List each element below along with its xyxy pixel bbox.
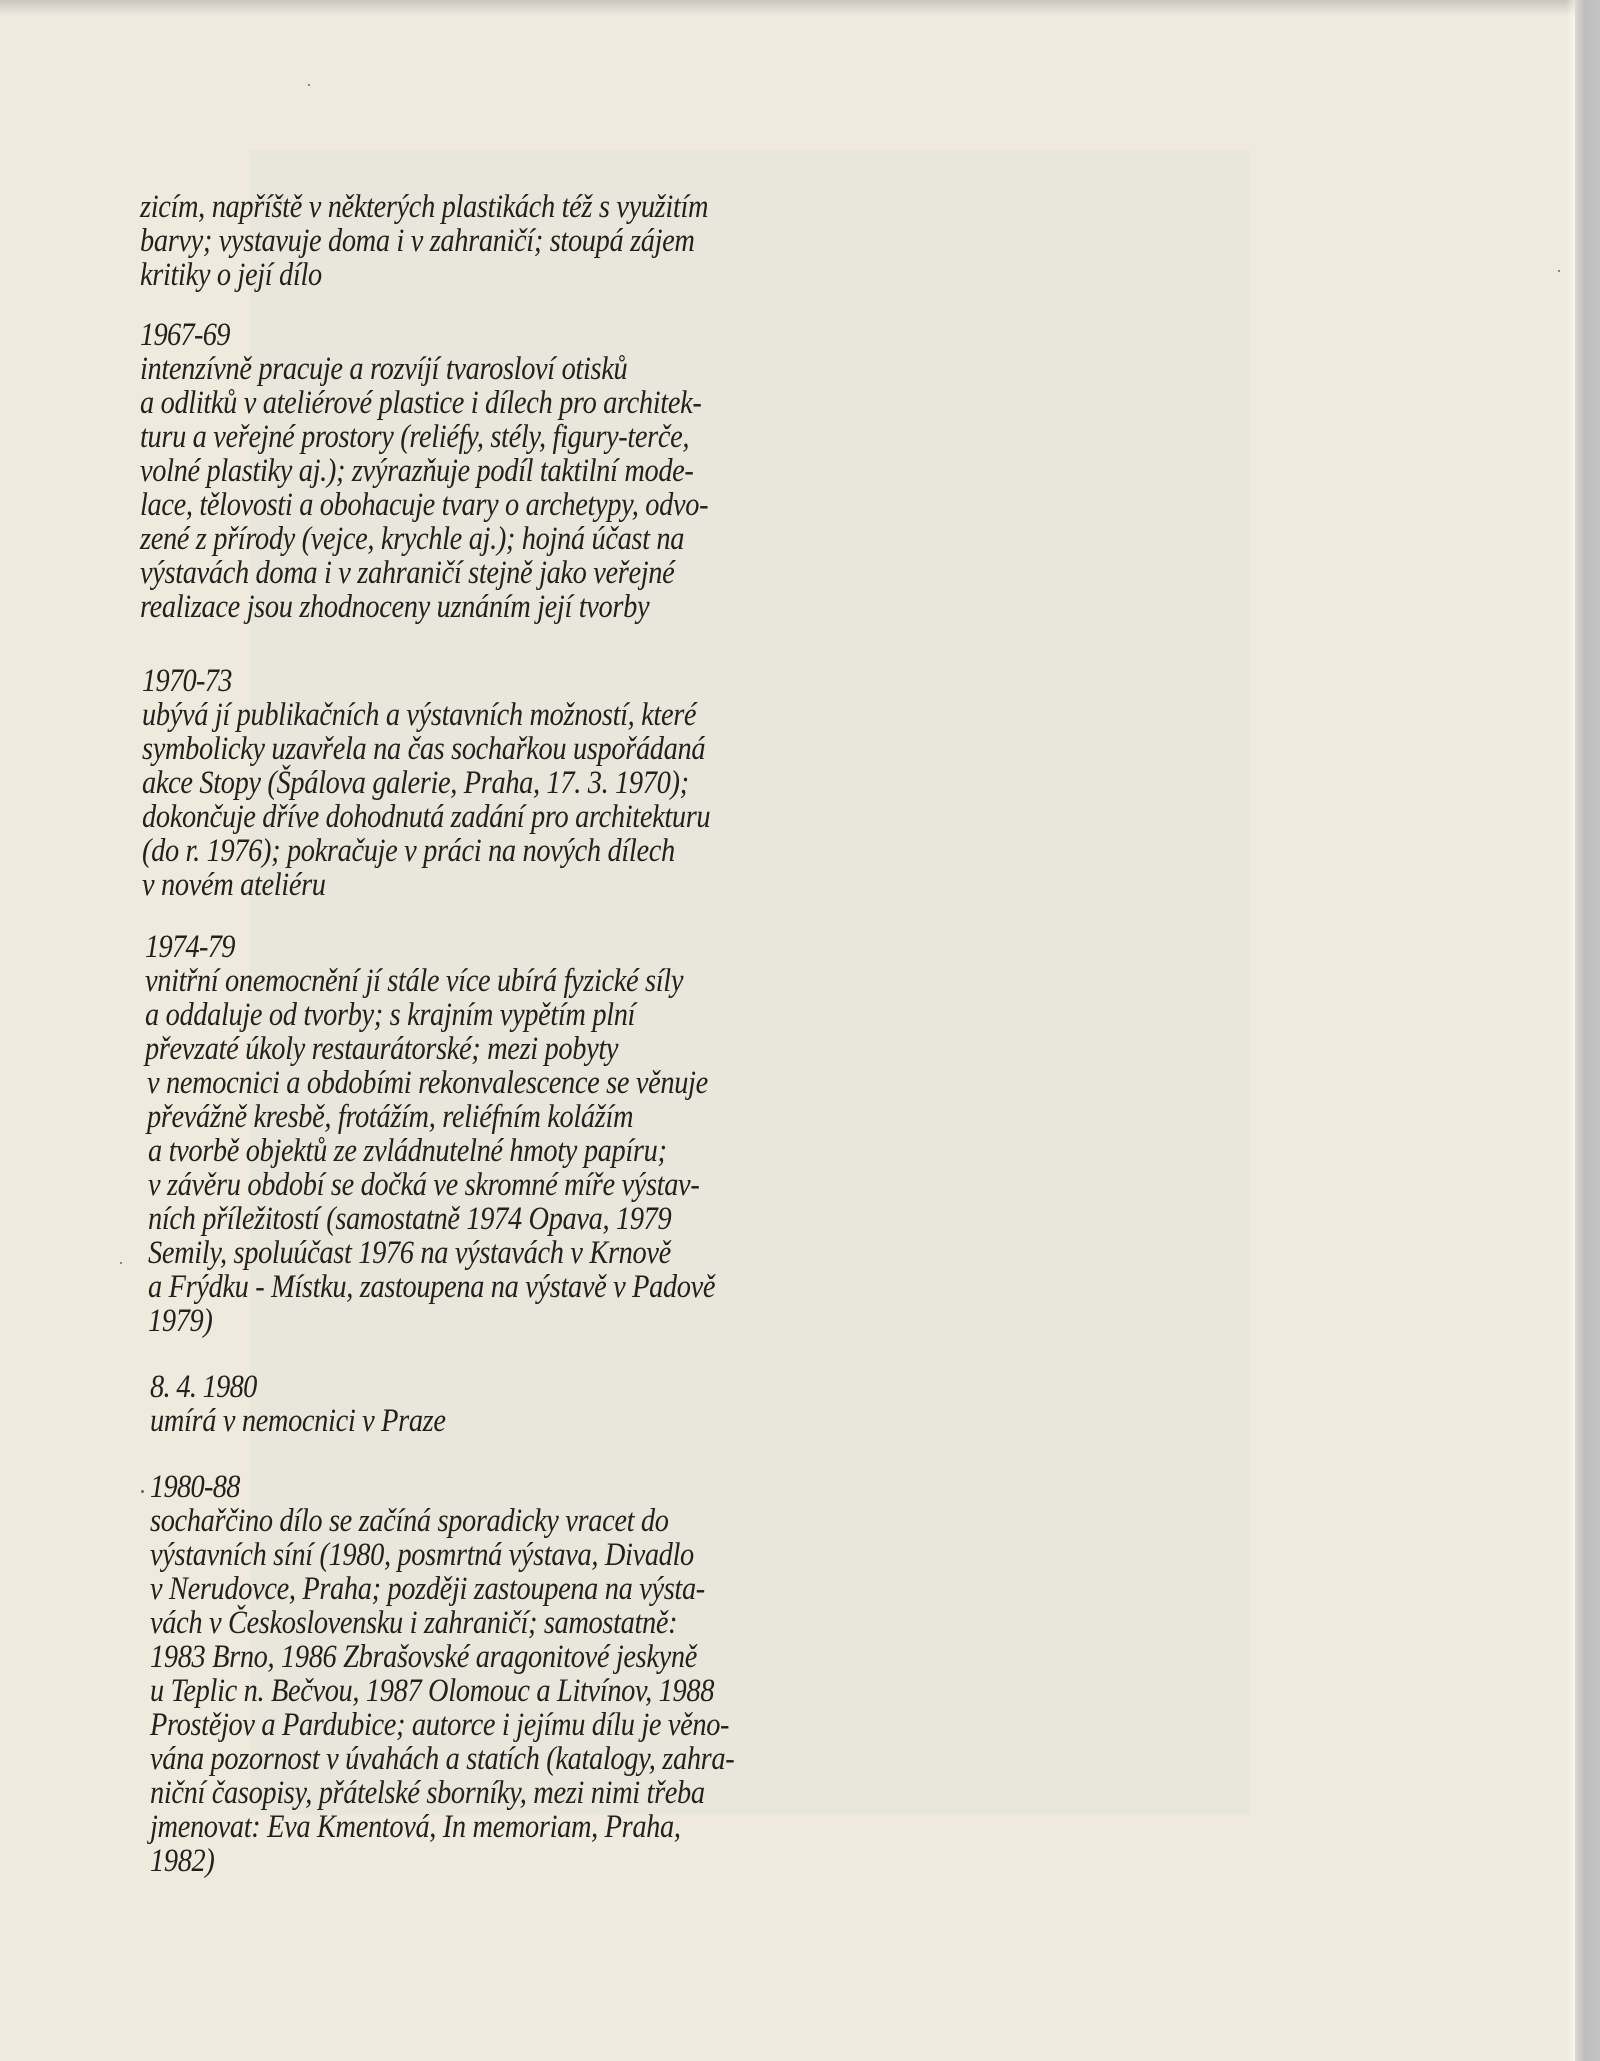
entry-date: 1980-88 (150, 1470, 240, 1504)
text-line: kritiky o její dílo (140, 258, 322, 292)
page-content: zicím, napříště v některých plastikách t… (0, 0, 1600, 2061)
text-line: akce Stopy (Špálova galerie, Praha, 17. … (142, 766, 689, 800)
text-line: ních příležitostí (samostatně 1974 Opava… (148, 1202, 671, 1236)
text-line: (do r. 1976); pokračuje v práci na novýc… (142, 834, 675, 868)
text-line: a tvorbě objektů ze zvládnutelné hmoty p… (148, 1134, 667, 1168)
text-line: symbolicky uzavřela na čas sochařkou usp… (142, 732, 705, 766)
text-line: převážně kresbě, frotážím, reliéfním kol… (147, 1100, 633, 1134)
scan-speck (308, 84, 310, 86)
entry-date: 1967-69 (140, 318, 230, 352)
bullet-dot (141, 1490, 144, 1493)
text-line: realizace jsou zhodnoceny uznáním její t… (140, 590, 649, 624)
scan-speck (120, 1262, 122, 1264)
text-line: jmenovat: Eva Kmentová, In memoriam, Pra… (150, 1810, 681, 1844)
text-line: vách v Československu i zahraničí; samos… (150, 1606, 677, 1640)
text-line: ubývá jí publikačních a výstavních možno… (142, 698, 696, 732)
text-line: a Frýdku - Místku, zastoupena na výstavě… (148, 1270, 715, 1304)
text-line: zené z přírody (vejce, krychle aj.); hoj… (140, 522, 684, 556)
text-line: 1979) (148, 1304, 213, 1338)
text-line: niční časopisy, přátelské sborníky, mezi… (150, 1776, 705, 1810)
entry-date: 1970-73 (142, 664, 232, 698)
text-line: lace, tělovosti a obohacuje tvary o arch… (140, 488, 708, 522)
entry-date: 1974-79 (145, 930, 235, 964)
text-line: výstavních síní (1980, posmrtná výstava,… (150, 1538, 694, 1572)
text-line: sochařčino dílo se začíná sporadicky vra… (150, 1504, 669, 1538)
text-line: Prostějov a Pardubice; autorce i jejímu … (150, 1708, 729, 1742)
text-line: umírá v nemocnici v Praze (150, 1404, 446, 1438)
text-line: v novém ateliéru (142, 868, 326, 902)
text-line: vnitřní onemocnění jí stále více ubírá f… (145, 964, 683, 998)
text-line: v nemocnici a obdobími rekonvalescence s… (147, 1066, 708, 1100)
text-line: volné plastiky aj.); zvýrazňuje podíl ta… (140, 454, 694, 488)
scan-speck (1558, 270, 1560, 272)
text-line: a oddaluje od tvorby; s krajním vypětím … (145, 998, 635, 1032)
text-line: barvy; vystavuje doma i v zahraničí; sto… (140, 224, 695, 258)
text-line: intenzívně pracuje a rozvíjí tvarosloví … (140, 352, 627, 386)
text-line: Semily, spoluúčast 1976 na výstavách v K… (148, 1236, 671, 1270)
text-line: a odlitků v ateliérové plastice i dílech… (140, 386, 701, 420)
text-line: u Teplic n. Bečvou, 1987 Olomouc a Litví… (150, 1674, 714, 1708)
text-line: v závěru období se dočká ve skromné míře… (148, 1168, 699, 1202)
text-line: vána pozornost v úvahách a statích (kata… (150, 1742, 734, 1776)
text-line: v Nerudovce, Praha; později zastoupena n… (150, 1572, 705, 1606)
text-line: převzaté úkoly restaurátorské; mezi poby… (145, 1032, 618, 1066)
text-line: zicím, napříště v některých plastikách t… (140, 190, 708, 224)
text-line: turu a veřejné prostory (reliéfy, stély,… (140, 420, 689, 454)
text-line: 1983 Brno, 1986 Zbrašovské aragonitové j… (150, 1640, 697, 1674)
entry-date: 8. 4. 1980 (150, 1370, 257, 1404)
text-line: 1982) (150, 1844, 215, 1878)
text-line: dokončuje dříve dohodnutá zadání pro arc… (142, 800, 710, 834)
text-line: výstavách doma i v zahraničí stejně jako… (140, 556, 674, 590)
